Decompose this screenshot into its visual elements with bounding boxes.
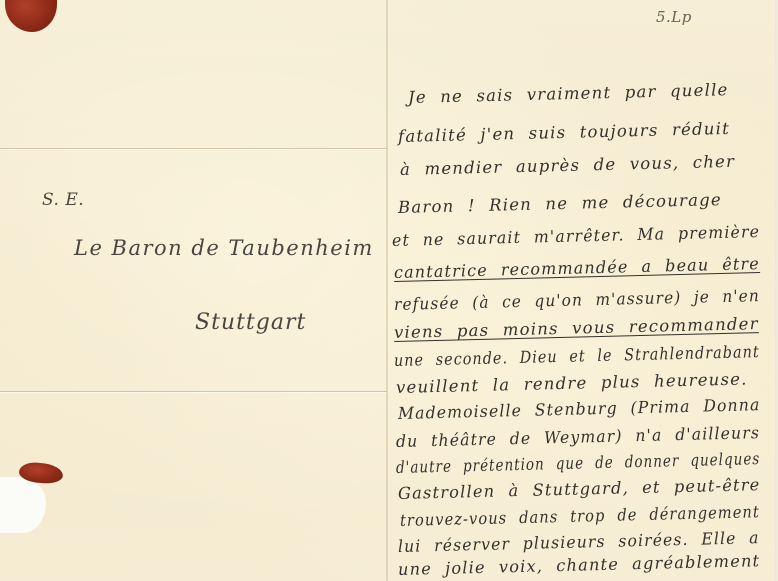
letter-line: veuillent la rendre plus heureuse. — [396, 369, 748, 397]
letter-line: refusée (à ce qu'on m'assure) je n'en — [394, 286, 760, 314]
address-leaf: S. E. Le Baron de Taubenheim Stuttgart — [0, 0, 387, 581]
address-salutation: S. E. — [42, 190, 84, 210]
fold-crease-lower — [0, 391, 387, 392]
shelfmark: 5.Lp — [656, 8, 692, 26]
letter-line: du théâtre de Weymar) n'a d'ailleurs — [396, 423, 760, 451]
letter-line: fatalité j'en suis toujours réduit — [398, 119, 730, 146]
torn-paper-area — [0, 477, 46, 533]
letter-line: une jolie voix, chante agréablement — [398, 551, 761, 579]
letter-line: viens pas moins vous recommander — [394, 314, 759, 342]
letter-line: une seconde. Dieu et le Strahlendrabant — [394, 342, 760, 370]
letter-line: Je ne sais vraiment par quelle — [408, 80, 729, 107]
letter-line: Gastrollen à Stuttgard, et peut-être — [398, 475, 761, 503]
letter-line: à mendier auprès de vous, cher — [400, 152, 736, 179]
letter-line: d'autre prétention que de donner quelque… — [396, 449, 761, 477]
letter-line: et ne saurait m'arrêter. Ma première — [392, 222, 761, 250]
address-city: Stuttgart — [195, 310, 306, 335]
fold-crease-upper — [0, 148, 387, 149]
letter-page: 5.Lp Je ne sais vraiment par quelle fata… — [388, 0, 778, 581]
letter-line: Mademoiselle Stenburg (Prima Donna — [398, 395, 761, 423]
letter-line: Baron ! Rien ne me décourage — [398, 190, 722, 217]
letter-scan: S. E. Le Baron de Taubenheim Stuttgart 5… — [0, 0, 778, 581]
wax-seal-top — [5, 0, 57, 32]
address-recipient: Le Baron de Taubenheim — [74, 236, 374, 260]
letter-line: cantatrice recommandée a beau être — [394, 254, 760, 282]
letter-line: trouvez-vous dans trop de dérangement — [400, 502, 760, 530]
